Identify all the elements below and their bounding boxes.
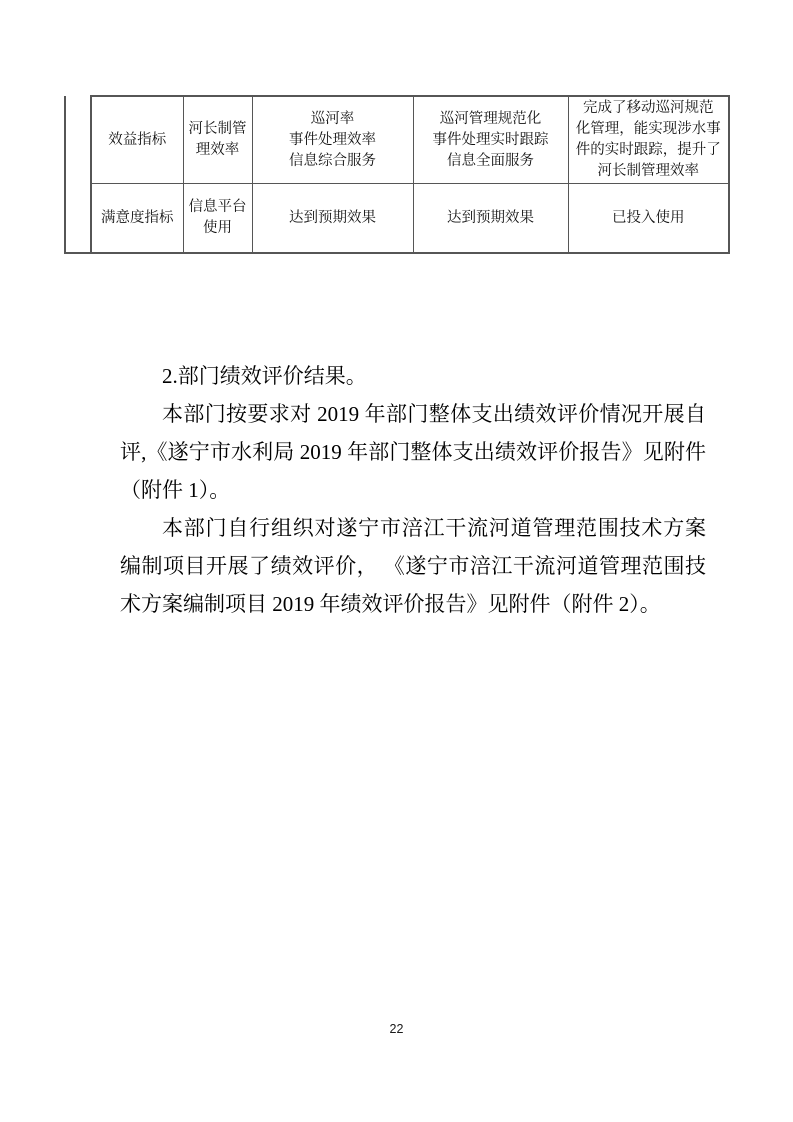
table-cell-result: 已投入使用	[568, 184, 729, 254]
table-cell-category: 满意度指标	[91, 184, 183, 254]
table-cell-target: 达到预期效果	[413, 184, 568, 254]
table-cell-criteria: 巡河率 事件处理效率 信息综合服务	[252, 96, 413, 184]
performance-indicator-table: 效益指标 河长制管 理效率 巡河率 事件处理效率 信息综合服务 巡河管理规范化 …	[64, 95, 730, 254]
table-cell-indicator: 河长制管 理效率	[183, 96, 252, 184]
table-cell-result: 完成了移动巡河规范 化管理，能实现涉水事 件的实时跟踪，提升了 河长制管理效率	[568, 96, 729, 184]
table-cell-criteria: 达到预期效果	[252, 184, 413, 254]
table-row: 满意度指标 信息平台 使用 达到预期效果 达到预期效果 已投入使用	[65, 184, 729, 254]
document-page: 效益指标 河长制管 理效率 巡河率 事件处理效率 信息综合服务 巡河管理规范化 …	[0, 0, 793, 1122]
section-heading: 2.部门绩效评价结果。	[120, 357, 706, 395]
body-text: 2.部门绩效评价结果。 本部门按要求对 2019 年部门整体支出绩效评价情况开展…	[120, 357, 706, 623]
page-number: 22	[0, 1022, 793, 1036]
paragraph-self-evaluation: 本部门按要求对 2019 年部门整体支出绩效评价情况开展自评,《遂宁市水利局 2…	[120, 395, 706, 509]
table-cell-category: 效益指标	[91, 96, 183, 184]
table-cell-continuation	[65, 96, 91, 253]
table-row: 效益指标 河长制管 理效率 巡河率 事件处理效率 信息综合服务 巡河管理规范化 …	[65, 96, 729, 184]
table-cell-indicator: 信息平台 使用	[183, 184, 252, 254]
table-cell-target: 巡河管理规范化 事件处理实时跟踪 信息全面服务	[413, 96, 568, 184]
paragraph-project-evaluation: 本部门自行组织对遂宁市涪江干流河道管理范围技术方案编制项目开展了绩效评价， 《遂…	[120, 509, 706, 623]
